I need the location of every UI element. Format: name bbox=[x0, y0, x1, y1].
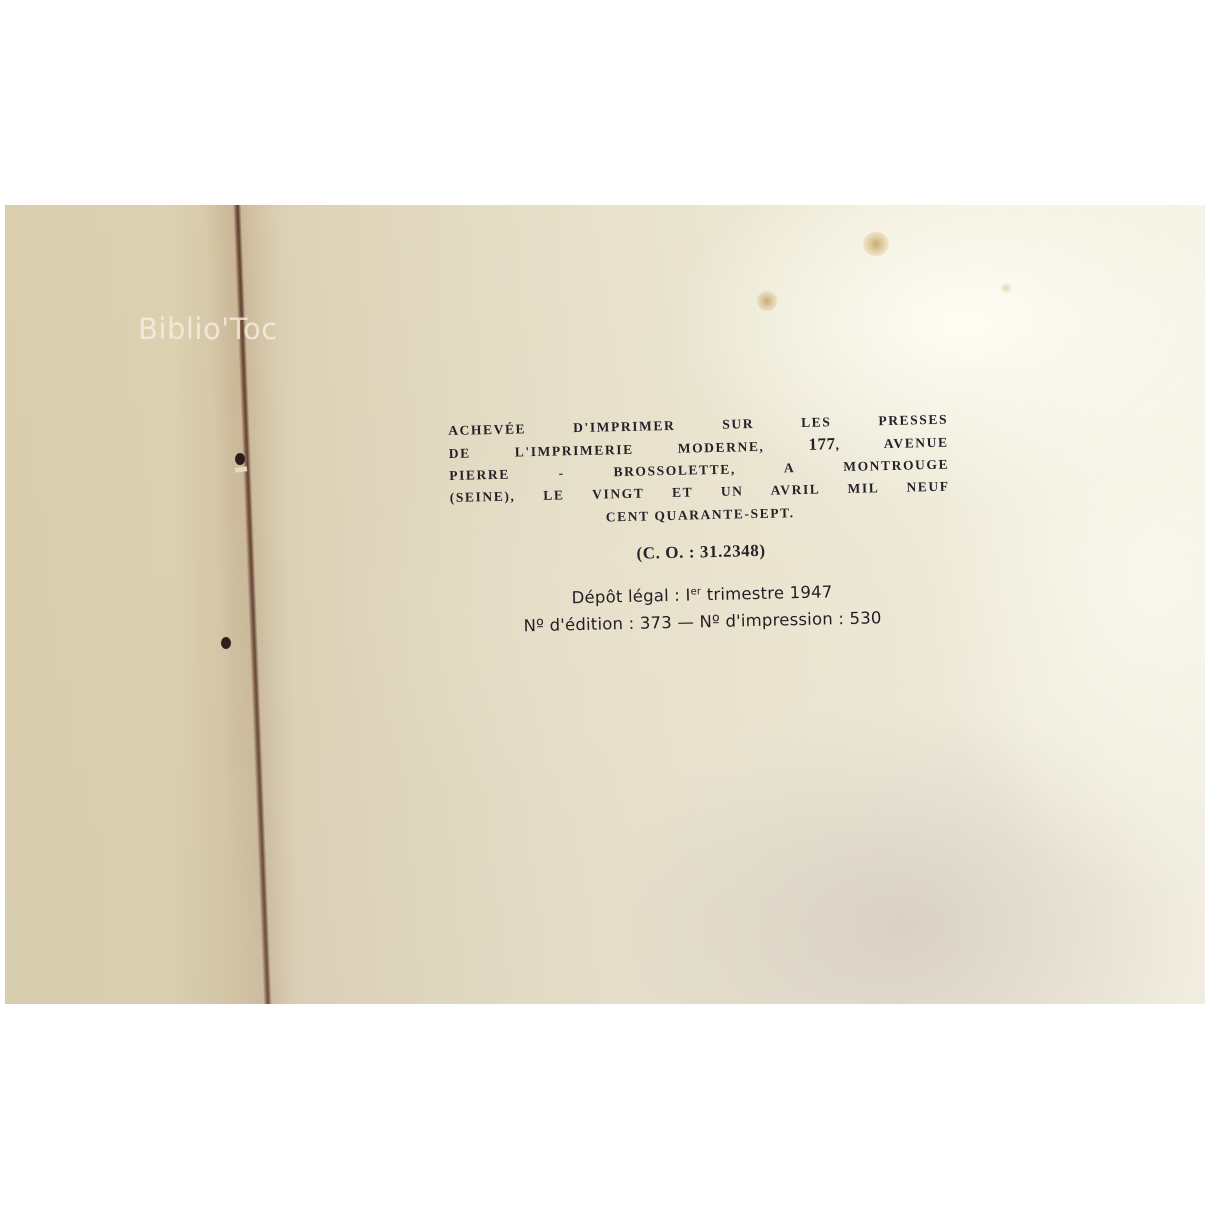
printer-code: (C. O. : 31.2348) bbox=[451, 537, 951, 568]
book-page-photo: Biblio'Toc achevée d'imprimer sur les pr… bbox=[5, 205, 1205, 1004]
binding-stitch bbox=[221, 637, 231, 649]
colophon: achevée d'imprimer sur les presses de l'… bbox=[448, 409, 953, 641]
watermark-logo: Biblio'Toc bbox=[138, 312, 278, 346]
foxing-stain bbox=[863, 232, 889, 256]
street-number: 177 bbox=[808, 434, 835, 454]
foxing-stain bbox=[1000, 283, 1012, 293]
foxing-stain bbox=[757, 291, 777, 311]
binding-stitch bbox=[235, 453, 245, 465]
